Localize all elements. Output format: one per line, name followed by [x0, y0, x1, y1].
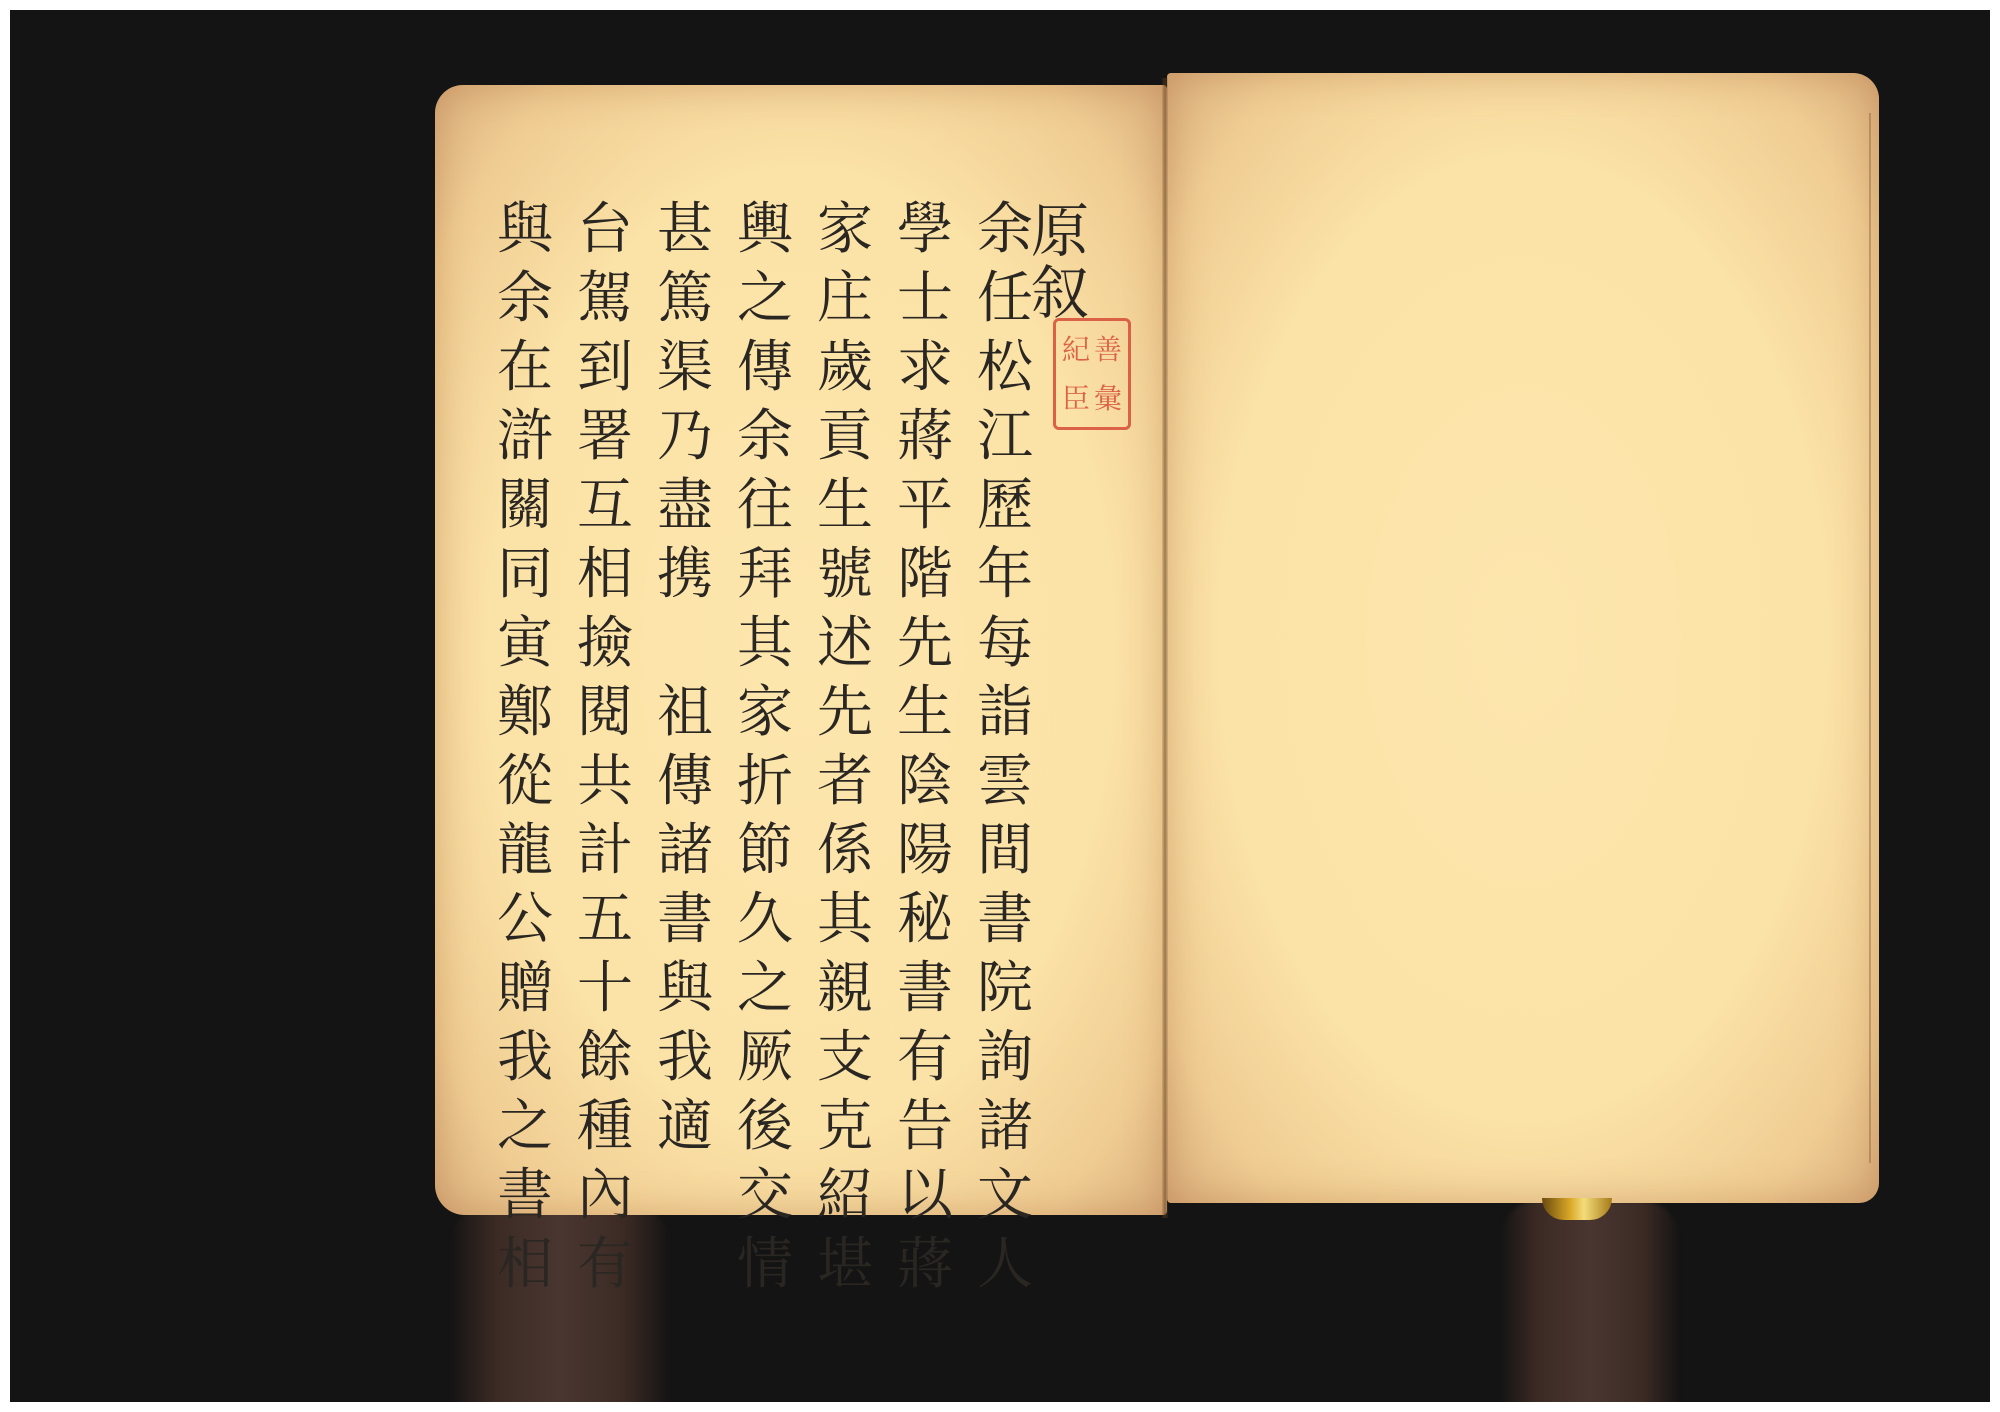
gold-ring: [1542, 1198, 1612, 1220]
text-char: 節: [725, 816, 805, 885]
text-char: 詣: [965, 678, 1045, 747]
text-char: 鄭: [485, 678, 565, 747]
text-char: 我: [485, 1023, 565, 1092]
seal-char: 彙: [1092, 374, 1124, 423]
text-char: 關: [485, 471, 565, 540]
text-char: 十: [565, 954, 645, 1023]
text-char: 情: [725, 1230, 805, 1299]
text-char: 書: [965, 885, 1045, 954]
text-char: 陽: [885, 816, 965, 885]
text-char: 互: [565, 471, 645, 540]
text-char: 親: [805, 954, 885, 1023]
text-char: 歷: [965, 471, 1045, 540]
right-hand: [1500, 1200, 1680, 1402]
text-char: 到: [565, 333, 645, 402]
text-char: 蔣: [885, 402, 965, 471]
text-char: 從: [485, 747, 565, 816]
text-char: 折: [725, 747, 805, 816]
text-char: 詢: [965, 1023, 1045, 1092]
text-char: 任: [965, 264, 1045, 333]
text-char: 間: [965, 816, 1045, 885]
text-char: 祖: [645, 678, 725, 747]
text-char: 同: [485, 540, 565, 609]
text-char: 家: [725, 678, 805, 747]
text-char: 書: [645, 885, 725, 954]
text-char: 傳: [645, 747, 725, 816]
text-char: 甚: [645, 195, 725, 264]
text-char: 之: [725, 264, 805, 333]
text-char: 五: [565, 885, 645, 954]
text-column: 家庄歲貢生號述先者係其親支克紹堪: [805, 195, 885, 1299]
text-char: 駕: [565, 264, 645, 333]
text-char: 久: [725, 885, 805, 954]
text-char: 撿: [565, 609, 645, 678]
text-char: 與: [485, 195, 565, 264]
text-char: 人: [965, 1230, 1045, 1299]
text-column: 甚篤渠乃盡携 祖傳諸書與我適: [645, 195, 725, 1161]
text-char: 厥: [725, 1023, 805, 1092]
book-gutter: [1162, 78, 1168, 1218]
text-char: 求: [885, 333, 965, 402]
right-page-blank: [1167, 73, 1879, 1203]
seal-char: 善: [1092, 325, 1124, 374]
text-char: 堪: [805, 1230, 885, 1299]
text-char: 諸: [645, 816, 725, 885]
text-char: 平: [885, 471, 965, 540]
text-char: 與: [645, 954, 725, 1023]
text-char: 計: [565, 816, 645, 885]
text-char: 相: [485, 1230, 565, 1299]
text-char: 我: [645, 1023, 725, 1092]
text-char: 階: [885, 540, 965, 609]
text-char: 號: [805, 540, 885, 609]
text-char: 傳: [725, 333, 805, 402]
text-char: 支: [805, 1023, 885, 1092]
text-char: 年: [965, 540, 1045, 609]
text-char: 有: [885, 1023, 965, 1092]
text-char: 交: [725, 1161, 805, 1230]
text-char: 龍: [485, 816, 565, 885]
text-char: 篤: [645, 264, 725, 333]
text-char: 庄: [805, 264, 885, 333]
text-char: 余: [965, 195, 1045, 264]
text-column: 輿之傳余往拜其家折節久之厥後交情: [725, 195, 805, 1299]
text-char: 其: [805, 885, 885, 954]
red-seal-stamp: 紀 善 臣 彙: [1053, 318, 1131, 430]
text-char: 生: [805, 471, 885, 540]
text-char: 乃: [645, 402, 725, 471]
text-char: 告: [885, 1092, 965, 1161]
text-char: 陰: [885, 747, 965, 816]
text-char: 渠: [645, 333, 725, 402]
text-char: 公: [485, 885, 565, 954]
text-char: 往: [725, 471, 805, 540]
text-column: 台駕到署互相撿閱共計五十餘種內有: [565, 195, 645, 1299]
text-char: 書: [485, 1161, 565, 1230]
text-char: 之: [725, 954, 805, 1023]
text-char: 拜: [725, 540, 805, 609]
text-char: 秘: [885, 885, 965, 954]
text-char: 贈: [485, 954, 565, 1023]
text-char: 貢: [805, 402, 885, 471]
text-char: 相: [565, 540, 645, 609]
text-char: 係: [805, 816, 885, 885]
text-char: 雲: [965, 747, 1045, 816]
scan-background: 原叙 紀 善 臣 彙 余任松江歷年每詣雲間書院詢諸文人學士求蔣平階先生陰陽秘書有…: [10, 10, 1990, 1402]
text-char: 餘: [565, 1023, 645, 1092]
text-char: 家: [805, 195, 885, 264]
text-char: 台: [565, 195, 645, 264]
text-char: 閱: [565, 678, 645, 747]
text-char: 寅: [485, 609, 565, 678]
text-char: 歲: [805, 333, 885, 402]
text-char: 內: [565, 1161, 645, 1230]
text-char: 書: [885, 954, 965, 1023]
text-char: 述: [805, 609, 885, 678]
text-char: 盡: [645, 471, 725, 540]
text-char: 紹: [805, 1161, 885, 1230]
text-char: 者: [805, 747, 885, 816]
seal-char: 臣: [1060, 374, 1092, 423]
text-char: 其: [725, 609, 805, 678]
text-char: 在: [485, 333, 565, 402]
text-char: 每: [965, 609, 1045, 678]
seal-char: 紀: [1060, 325, 1092, 374]
text-char: 後: [725, 1092, 805, 1161]
text-char: 院: [965, 954, 1045, 1023]
text-char: 生: [885, 678, 965, 747]
text-char: 輿: [725, 195, 805, 264]
text-char: 共: [565, 747, 645, 816]
text-char: 松: [965, 333, 1045, 402]
text-char: 有: [565, 1230, 645, 1299]
text-char: 余: [725, 402, 805, 471]
text-char: 署: [565, 402, 645, 471]
text-char: 克: [805, 1092, 885, 1161]
text-column: 余任松江歷年每詣雲間書院詢諸文人: [965, 195, 1045, 1299]
text-char: 携: [645, 540, 725, 609]
text-char: 以: [885, 1161, 965, 1230]
text-column: 與余在滸關同寅鄭從龍公贈我之書相: [485, 195, 565, 1299]
text-char: 先: [885, 609, 965, 678]
text-char: 學: [885, 195, 965, 264]
text-char: 種: [565, 1092, 645, 1161]
text-char: 滸: [485, 402, 565, 471]
text-char: 蔣: [885, 1230, 965, 1299]
text-char: 余: [485, 264, 565, 333]
text-char: 文: [965, 1161, 1045, 1230]
text-char: 先: [805, 678, 885, 747]
text-char: 士: [885, 264, 965, 333]
text-char: 之: [485, 1092, 565, 1161]
text-column: 學士求蔣平階先生陰陽秘書有告以蔣: [885, 195, 965, 1299]
text-char: 江: [965, 402, 1045, 471]
text-char: 適: [645, 1092, 725, 1161]
text-char: 諸: [965, 1092, 1045, 1161]
